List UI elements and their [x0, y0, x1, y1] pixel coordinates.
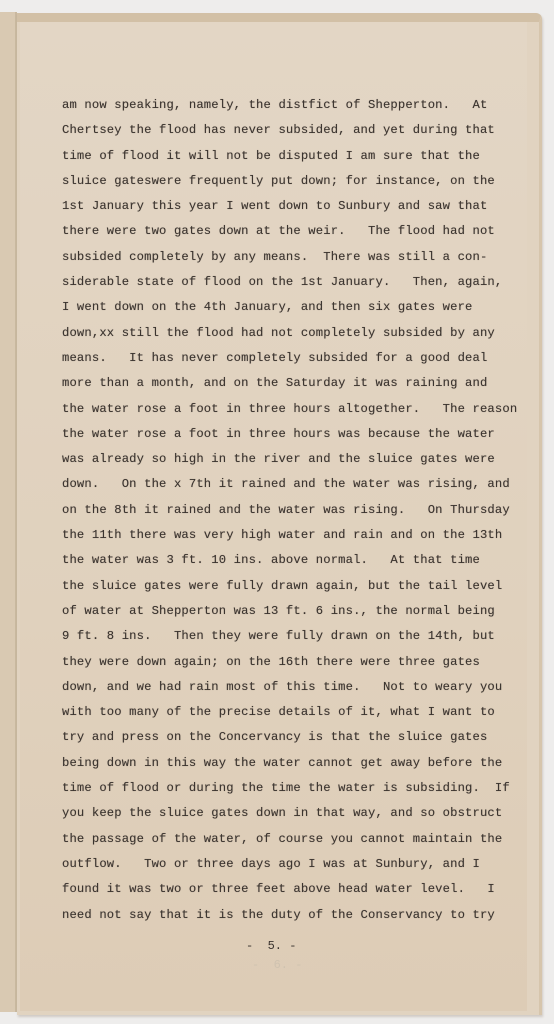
text-line: of water at Shepperton was 13 ft. 6 ins.…	[62, 599, 537, 624]
text-line: down, and we had rain most of this time.…	[62, 675, 537, 700]
text-line: the passage of the water, of course you …	[62, 827, 537, 852]
page-number: - 5. -	[246, 939, 296, 953]
text-line: time of flood or during the time the wat…	[62, 776, 537, 801]
text-line: 1st January this year I went down to Sun…	[62, 194, 537, 219]
text-line: the 11th there was very high water and r…	[62, 523, 537, 548]
text-line: need not say that it is the duty of the …	[62, 903, 537, 928]
text-line: sluice gateswere frequently put down; fo…	[62, 169, 537, 194]
bleed-through-page-number: - 6. -	[252, 958, 302, 972]
text-line: time of flood it will not be disputed I …	[62, 144, 537, 169]
text-line: being down in this way the water cannot …	[62, 751, 537, 776]
text-line: the water rose a foot in three hours alt…	[62, 397, 537, 422]
underlying-page-edge	[0, 12, 17, 1012]
text-line: the water was 3 ft. 10 ins. above normal…	[62, 548, 537, 573]
text-line: I went down on the 4th January, and then…	[62, 295, 537, 320]
text-line: siderable state of flood on the 1st Janu…	[62, 270, 537, 295]
text-line: they were down again; on the 16th there …	[62, 650, 537, 675]
text-line: means. It has never completely subsided …	[62, 346, 537, 371]
text-line: outflow. Two or three days ago I was at …	[62, 852, 537, 877]
text-line: you keep the sluice gates down in that w…	[62, 801, 537, 826]
typewritten-text-body: am now speaking, namely, the distfict of…	[62, 93, 537, 928]
text-line: 9 ft. 8 ins. Then they were fully drawn …	[62, 624, 537, 649]
text-line: with too many of the precise details of …	[62, 700, 537, 725]
text-line: there were two gates down at the weir. T…	[62, 219, 537, 244]
text-line: the water rose a foot in three hours was…	[62, 422, 537, 447]
text-line: Chertsey the flood has never subsided, a…	[62, 118, 537, 143]
text-line: found it was two or three feet above hea…	[62, 877, 537, 902]
text-line: more than a month, and on the Saturday i…	[62, 371, 537, 396]
text-line: try and press on the Concervancy is that…	[62, 725, 537, 750]
text-line: down,xx still the flood had not complete…	[62, 321, 537, 346]
text-line: the sluice gates were fully drawn again,…	[62, 574, 537, 599]
text-line: on the 8th it rained and the water was r…	[62, 498, 537, 523]
text-line: was already so high in the river and the…	[62, 447, 537, 472]
text-line: am now speaking, namely, the distfict of…	[62, 93, 537, 118]
text-line: subsided completely by any means. There …	[62, 245, 537, 270]
text-line: down. On the x 7th it rained and the wat…	[62, 472, 537, 497]
